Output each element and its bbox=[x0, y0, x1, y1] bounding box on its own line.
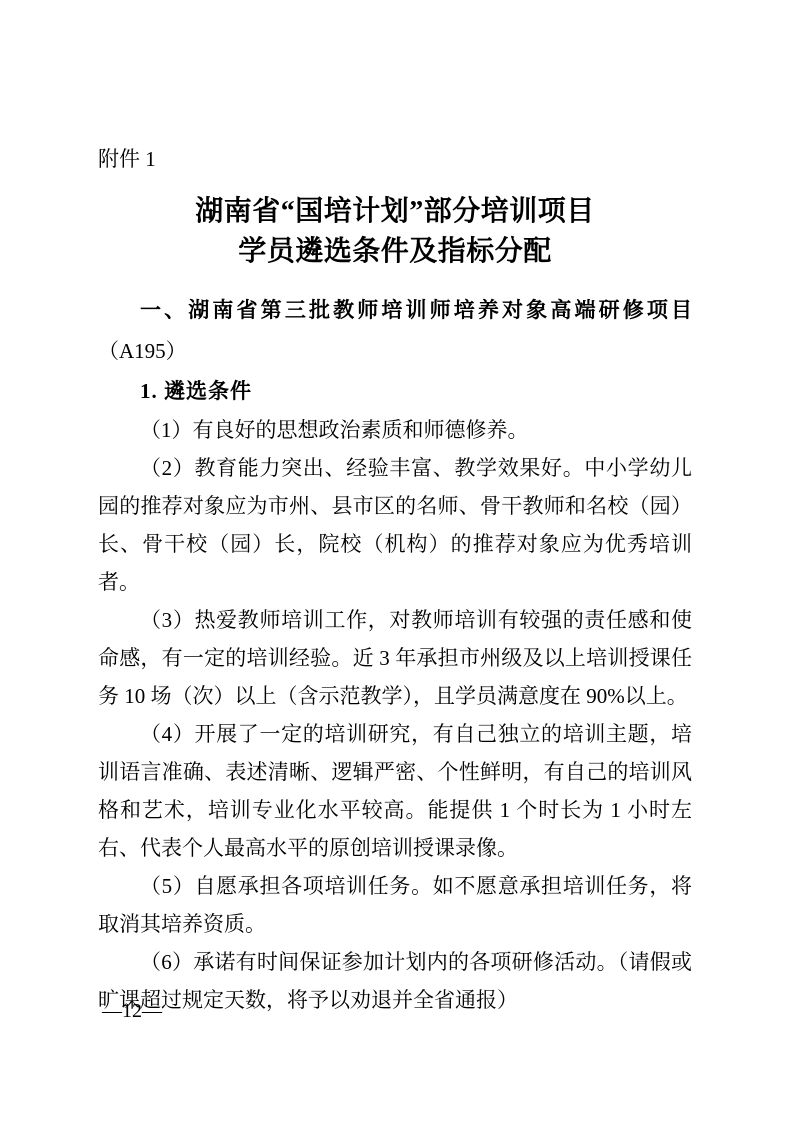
attachment-label: 附件 1 bbox=[98, 144, 692, 174]
criteria-item-3: （3）热爱教师培训工作，对教师培训有较强的责任感和使命感，有一定的培训经验。近 … bbox=[98, 601, 692, 715]
page-number: —12— bbox=[102, 998, 162, 1024]
selection-criteria-list: （1）有良好的思想政治素质和师德修养。 （2）教育能力突出、经验丰富、教学效果好… bbox=[98, 411, 692, 1019]
document-page: 附件 1 湖南省“国培计划”部分培训项目 学员遴选条件及指标分配 一、湖南省第三… bbox=[0, 0, 793, 1122]
document-content: 附件 1 湖南省“国培计划”部分培训项目 学员遴选条件及指标分配 一、湖南省第三… bbox=[98, 0, 692, 1019]
criteria-item-5: （5）自愿承担各项培训任务。如不愿意承担培训任务，将取消其培养资质。 bbox=[98, 867, 692, 943]
criteria-item-4: （4）开展了一定的培训研究，有自己独立的培训主题，培训语言准确、表述清晰、逻辑严… bbox=[98, 715, 692, 867]
criteria-item-1: （1）有良好的思想政治素质和师德修养。 bbox=[98, 411, 692, 449]
criteria-item-6: （6）承诺有时间保证参加计划内的各项研修活动。（请假或旷课超过规定天数，将予以劝… bbox=[98, 943, 692, 1019]
title-line-2: 学员遴选条件及指标分配 bbox=[98, 232, 692, 272]
section-heading-continuation: （A195） bbox=[98, 331, 692, 371]
title-line-1: 湖南省“国培计划”部分培训项目 bbox=[98, 192, 692, 232]
document-title: 湖南省“国培计划”部分培训项目 学员遴选条件及指标分配 bbox=[98, 192, 692, 272]
section-heading: 一、湖南省第三批教师培训师培养对象高端研修项目 bbox=[98, 291, 692, 331]
subsection-heading: 1. 遴选条件 bbox=[98, 371, 692, 411]
criteria-item-2: （2）教育能力突出、经验丰富、教学效果好。中小学幼儿园的推荐对象应为市州、县市区… bbox=[98, 449, 692, 601]
